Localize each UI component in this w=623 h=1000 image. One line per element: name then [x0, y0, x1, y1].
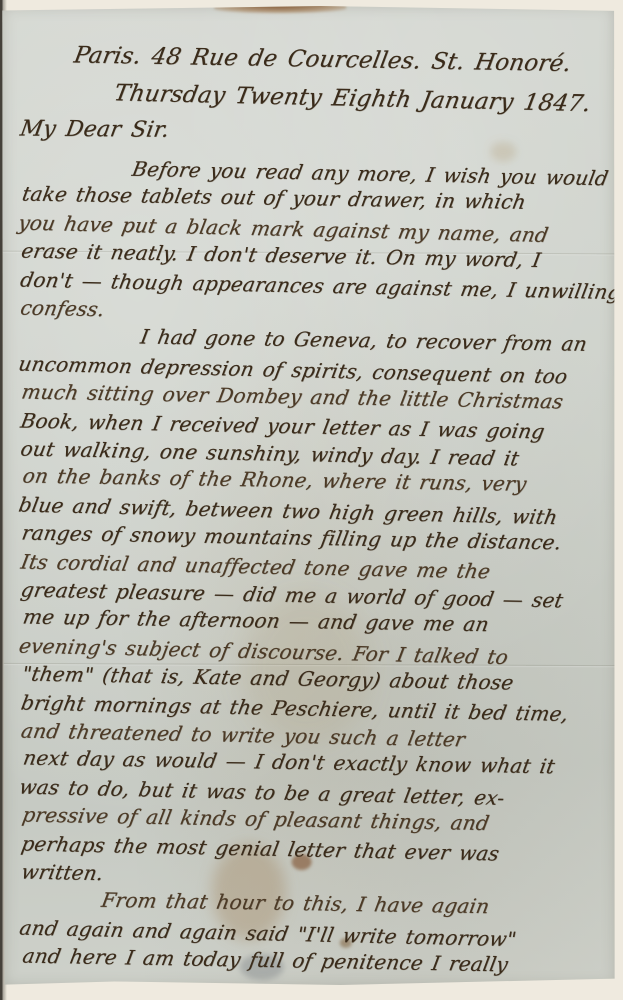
scan-background: Paris. 48 Rue de Courcelles. St. Honoré.… — [0, 0, 623, 1000]
heading-address: Paris. 48 Rue de Courcelles. St. Honoré. — [72, 42, 573, 77]
heading-date: Thursday Twenty Eighth January 1847. — [112, 80, 593, 117]
letter-body: Before you read any more, I wish you wou… — [20, 151, 613, 969]
burn-mark — [214, 5, 346, 13]
salutation: My Dear Sir. — [18, 117, 171, 143]
letter-page: Paris. 48 Rue de Courcelles. St. Honoré.… — [2, 5, 616, 986]
